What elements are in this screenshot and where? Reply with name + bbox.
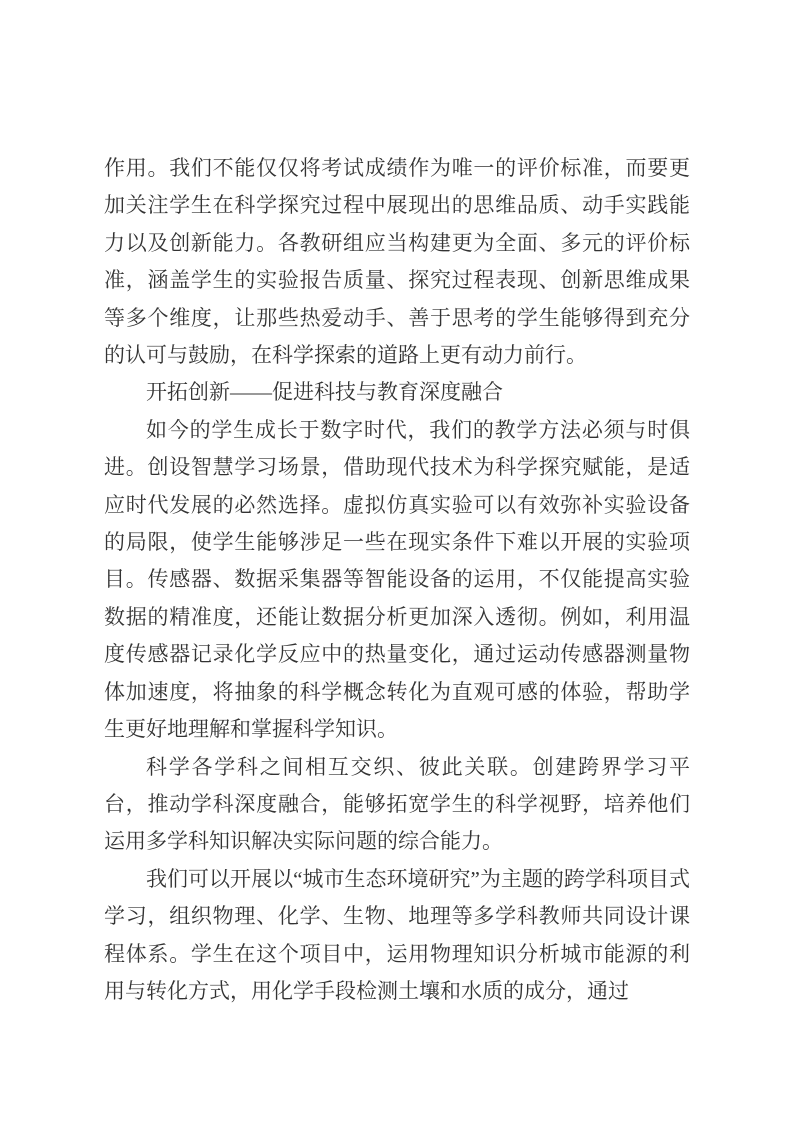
section-heading: 开拓创新——促进科技与教育深度融合 bbox=[104, 374, 690, 411]
document-page: 作用。我们不能仅仅将考试成绩作为唯一的评价标准，而要更加关注学生在科学探究过程中… bbox=[0, 0, 793, 1122]
document-text-block: 作用。我们不能仅仅将考试成绩作为唯一的评价标准，而要更加关注学生在科学探究过程中… bbox=[104, 150, 690, 1010]
paragraph: 如今的学生成长于数字时代，我们的教学方法必须与时俱进。创设智慧学习场景，借助现代… bbox=[104, 412, 690, 749]
paragraph: 科学各学科之间相互交织、彼此关联。创建跨界学习平台，推动学科深度融合，能够拓宽学… bbox=[104, 749, 690, 861]
paragraph: 我们可以开展以“城市生态环境研究”为主题的跨学科项目式学习，组织物理、化学、生物… bbox=[104, 861, 690, 1011]
paragraph-continuation: 作用。我们不能仅仅将考试成绩作为唯一的评价标准，而要更加关注学生在科学探究过程中… bbox=[104, 150, 690, 374]
